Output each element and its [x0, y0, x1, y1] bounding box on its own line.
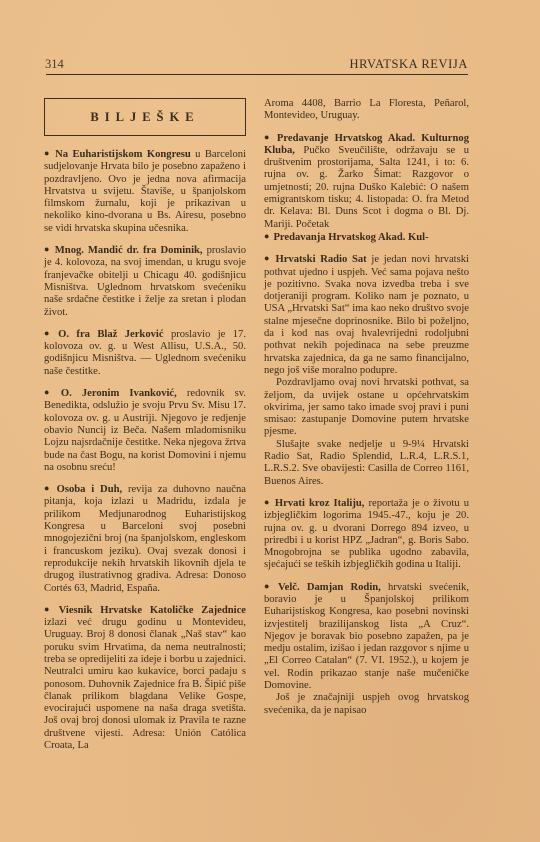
note-lead: Hrvatski Radio Sat [275, 254, 366, 265]
section-title: BILJEŠKE [90, 111, 199, 123]
bullet-icon: ● [264, 581, 274, 591]
note-paragraph: Još je značajniji uspjeh ovog hrvatskog … [264, 692, 469, 717]
bullet-icon: ● [44, 387, 57, 397]
note-text: hrvatski svećenik, boravio je u Španjols… [264, 582, 469, 691]
note-paragraph: Pozdravljamo ovaj novi hrvatski pothvat,… [264, 377, 469, 438]
bullet-icon: ● [44, 483, 53, 493]
continuation-text: Aroma 4408, Barrio La Floresta, Peñarol,… [264, 98, 469, 123]
left-column: BILJEŠKE ●Na Euharistijskom Kongresu u B… [44, 98, 246, 761]
note-lead: O. fra Blaž Jerković [58, 329, 163, 340]
note-lead: Osoba i Duh, [57, 484, 123, 495]
header-rule [46, 74, 468, 75]
note-lead: Mnog. Mandić dr. fra Dominik, [55, 245, 203, 256]
bullet-icon: ● [44, 244, 51, 254]
running-head: 314 HRVATSKA REVIJA [45, 57, 468, 75]
section-title-box: BILJEŠKE [44, 98, 246, 136]
note-predavanje-akad: ●Predavanje Hrvatskog Akad. Kulturnog Kl… [264, 132, 469, 231]
note-mandic: ●Mnog. Mandić dr. fra Dominik, proslavio… [44, 244, 246, 319]
note-text: redovnik sv. Benedikta, odslužio je svoj… [44, 388, 246, 473]
note-lead: Velč. Damjan Rodin, [278, 582, 381, 593]
note-text: u Barceloni sudjelovanje Hrvata bilo je … [44, 149, 246, 234]
bullet-icon: ● [44, 604, 55, 614]
note-euharistijski-kongres: ●Na Euharistijskom Kongresu u Barceloni … [44, 148, 246, 235]
note-viesnik: ●Viesnik Hrvatske Katoličke Zajednice iz… [44, 604, 246, 753]
note-text: Pučko Sveučilište, održavaju se u društv… [264, 145, 469, 230]
note-text: je jedan novi hrvatski pothvat ujedno i … [264, 254, 469, 376]
bullet-icon: ● [44, 148, 51, 158]
note-lead: Hrvati kroz Italiju, [275, 498, 365, 509]
note-lead: O. Jeronim Ivanković, [61, 388, 177, 399]
bullet-icon: ● [44, 328, 54, 338]
note-hrvatski-radio-sat: ●Hrvatski Radio Sat je jedan novi hrvats… [264, 253, 469, 488]
note-jerkovic: ●O. fra Blaž Jerković proslavio je 17. k… [44, 328, 246, 378]
note-text: izlazi već drugu godinu u Montevideu, Ur… [44, 617, 246, 751]
page: 314 HRVATSKA REVIJA BILJEŠKE ●Na Euharis… [0, 0, 540, 842]
note-hrvati-kroz-italiju: ●Hrvati kroz Italiju, reportaža je o živ… [264, 497, 469, 572]
right-column: Aroma 4408, Barrio La Floresta, Peñarol,… [264, 98, 469, 726]
note-text: revija za duhovno naučna pitanja, koja i… [44, 484, 246, 593]
note-lead: Predavanja Hrvatskog Akad. Kul- [273, 232, 428, 243]
note-osoba-i-duh: ●Osoba i Duh, revija za duhovno naučna p… [44, 483, 246, 595]
note-predavanja-akad-repeat: ●Predavanja Hrvatskog Akad. Kul- [264, 231, 469, 244]
bullet-icon: ● [264, 253, 271, 263]
note-lead: Viesnik Hrvatske Katoličke Zajednice [59, 605, 246, 616]
bullet-icon: ● [264, 132, 273, 142]
note-rodin: ●Velč. Damjan Rodin, hrvatski svećenik, … [264, 581, 469, 717]
note-paragraph: Slušajte svake nedjelje u 9-9¼ Hrvatski … [264, 439, 469, 488]
journal-title: HRVATSKA REVIJA [349, 57, 468, 72]
note-lead: Na Euharistijskom Kongresu [55, 149, 191, 160]
bullet-icon: ● [264, 497, 271, 507]
note-continuation: Aroma 4408, Barrio La Floresta, Peñarol,… [264, 98, 469, 123]
bullet-icon: ● [264, 231, 269, 241]
page-number: 314 [45, 57, 64, 72]
note-ivankovic: ●O. Jeronim Ivanković, redovnik sv. Bene… [44, 387, 246, 474]
